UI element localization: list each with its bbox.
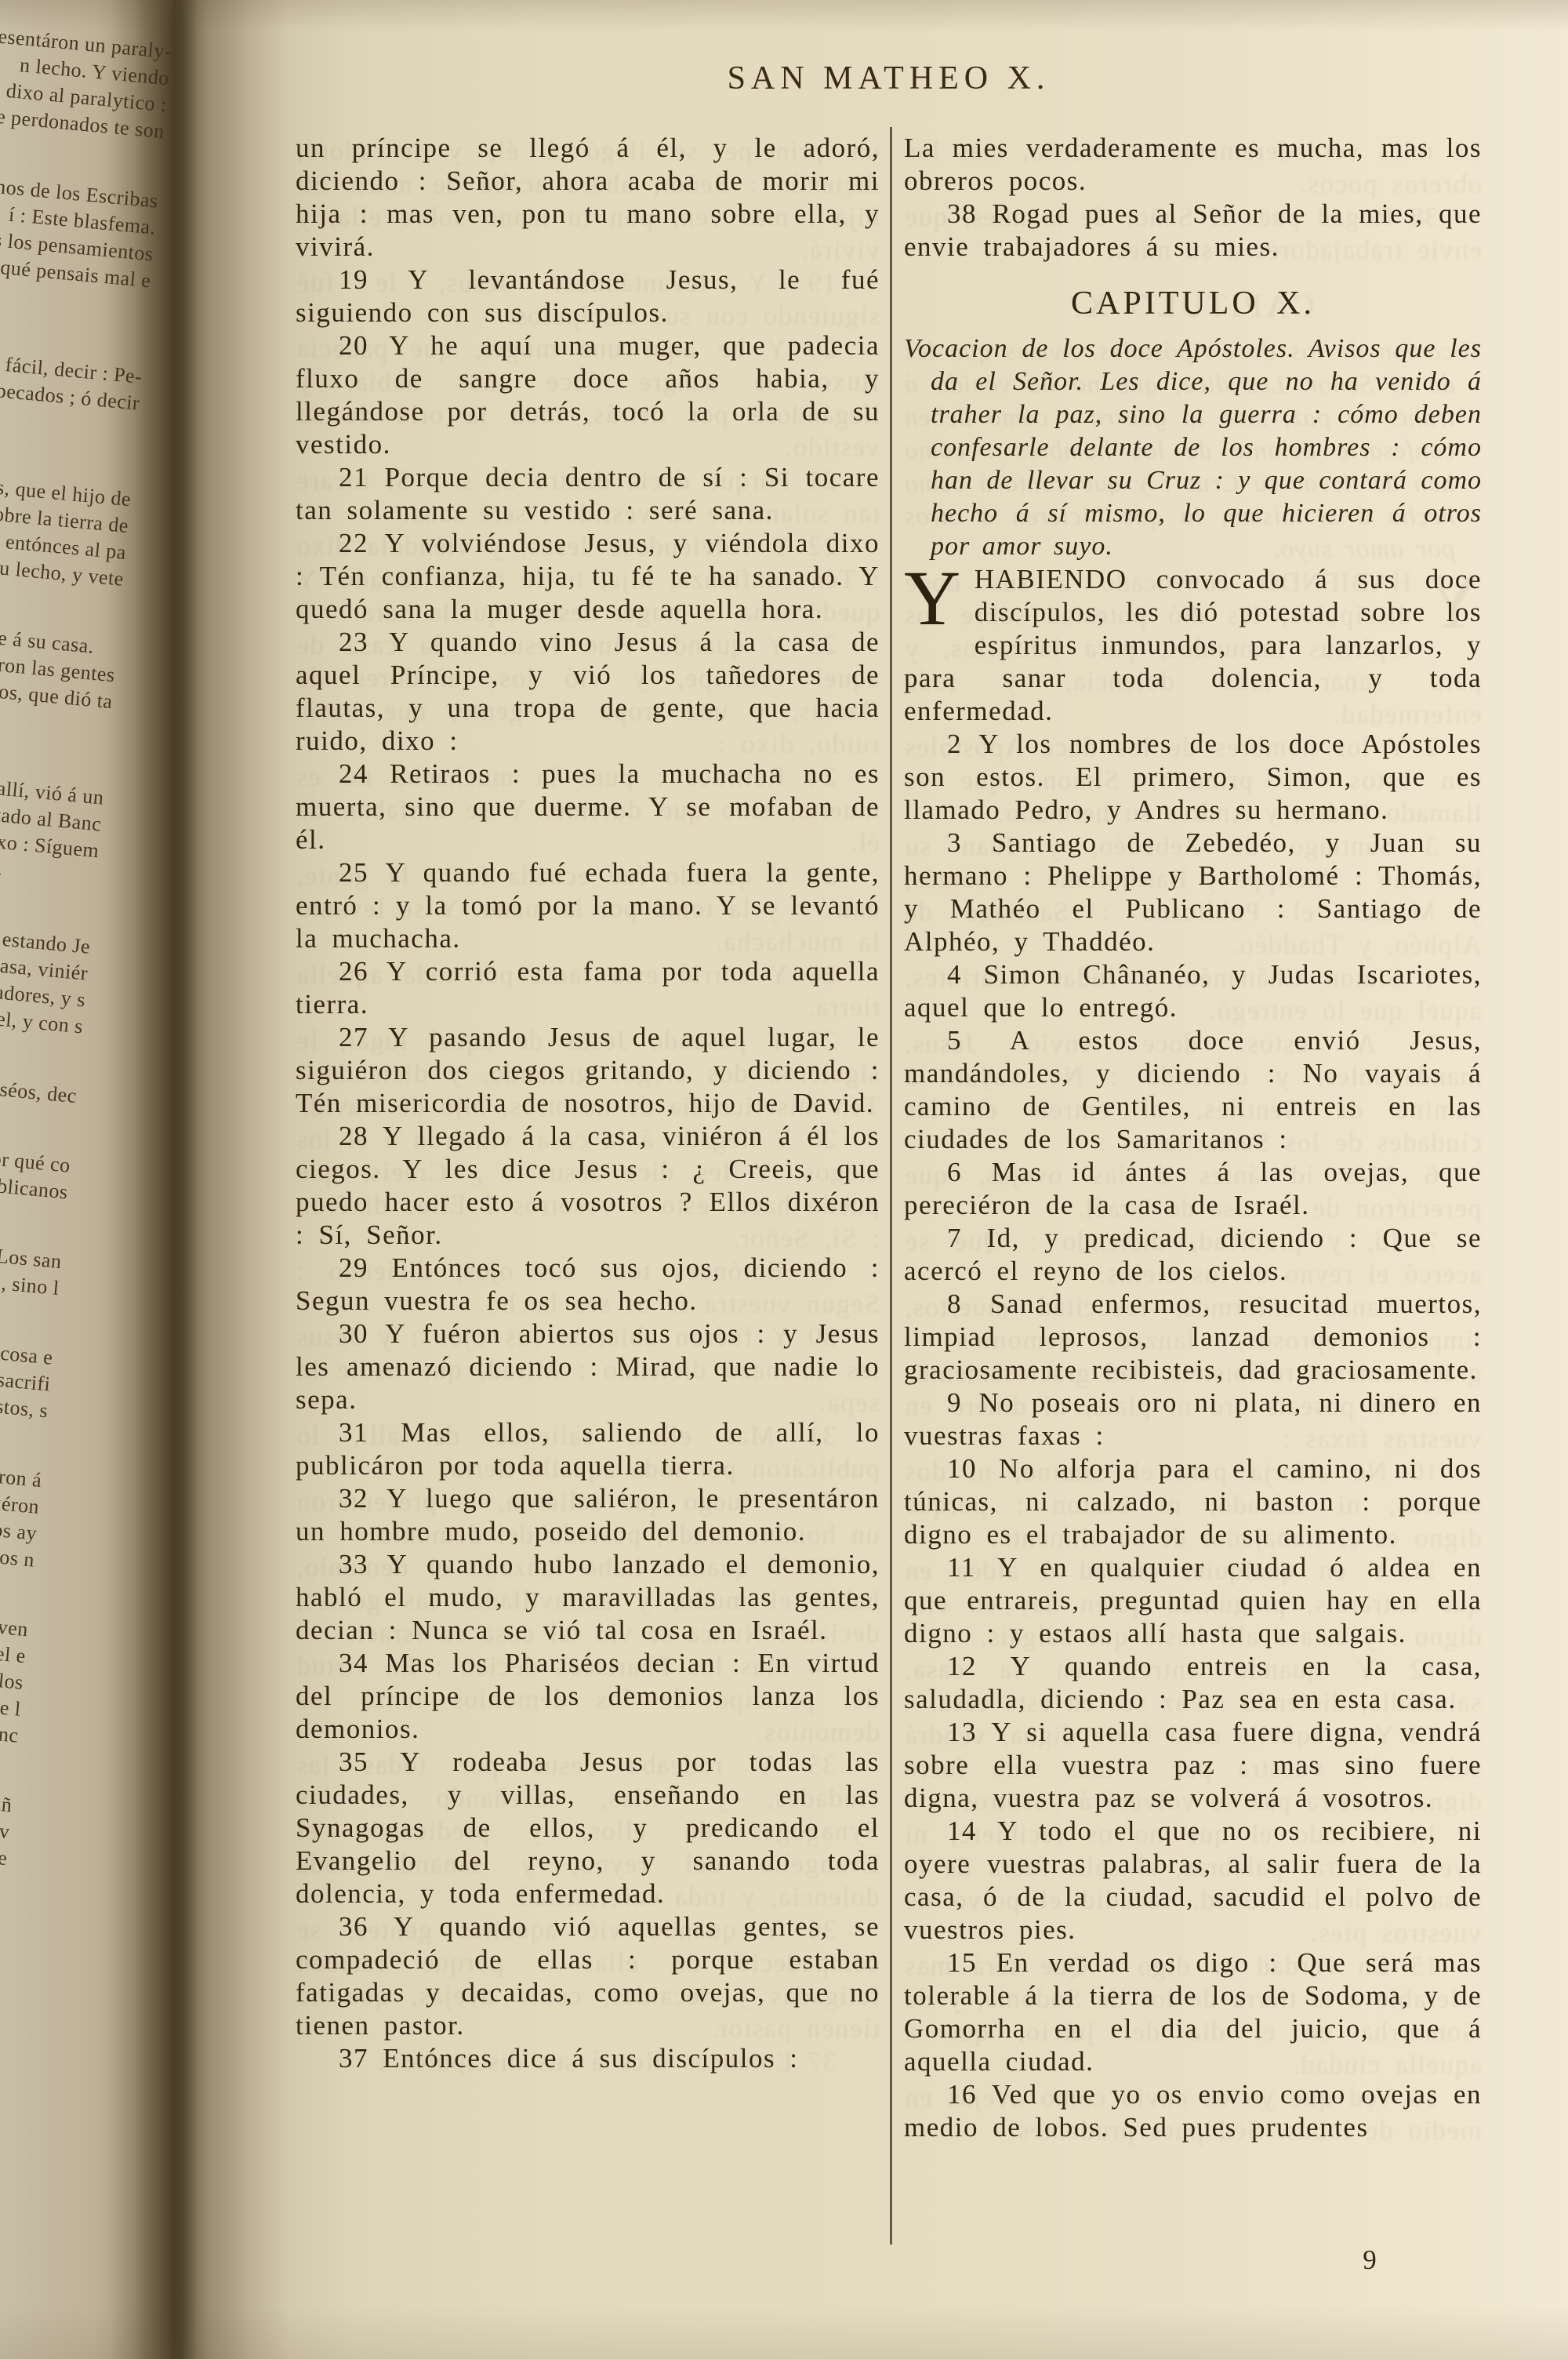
fragment-line: azon se llegáron á (0, 1441, 43, 1494)
verse-paragraph: 4 Simon Chânanéo, y Judas Iscariotes, aq… (904, 958, 1482, 1024)
verse-paragraph: 21 Porque decia dentro de sí : Si tocare… (296, 461, 880, 527)
verse-paragraph: 26 Y corrió esta fama por toda aquella t… (296, 955, 880, 1021)
verse-paragraph: 14 Y todo el que no os recibiere, ni oye… (904, 1815, 1482, 1946)
verse-paragraph: 16 Ved que yo os envio como ovejas en me… (904, 2078, 1482, 2144)
fragment-line: s : ¿ Por qué co (0, 1126, 71, 1179)
verse-paragraph: 36 Y quando vió aquellas gentes, se comp… (296, 1910, 880, 2042)
fragment-line: les dixo : ¿ Por ven (0, 1590, 29, 1644)
facing-page: esentáron un paraly-n lecho. Y viendos, … (0, 0, 190, 2359)
verse-paragraph: 15 En verdad os digo : Que será mas tole… (904, 1946, 1482, 2078)
facing-page-text-fragments: esentáron un paraly-n lecho. Y viendos, … (0, 13, 172, 2117)
verse-paragraph: 25 Y quando fué echada fuera la gente, e… (296, 856, 880, 955)
chapter-summary: Vocacion de los doce Apóstoles. Avisos q… (904, 333, 1482, 563)
verse-paragraph: YHABIENDO convocado á sus doce discípulo… (904, 563, 1482, 728)
verse-paragraph: 37 Entónces dice á sus discípulos : (296, 2042, 880, 2075)
verse-paragraph: 28 Y llegado á la casa, viniéron á él lo… (296, 1120, 880, 1252)
verse-paragraph: 34 Mas los Phariséos decian : En virtud … (296, 1647, 880, 1746)
page-number: 9 (1323, 2245, 1417, 2276)
verse-paragraph: 12 Y quando entreis en la casa, saludadl… (904, 1650, 1482, 1716)
verse-paragraph: 8 Sanad enfermos, resucitad muertos, lim… (904, 1288, 1482, 1387)
column-divider-rule (890, 127, 892, 2245)
verse-paragraph: 32 Y luego que saliéron, le presentáron … (296, 1482, 880, 1548)
running-title: SAN MATHEO X. (296, 60, 1482, 97)
verse-paragraph: 27 Y pasando Jesus de aquel lugar, le si… (296, 1021, 880, 1120)
verse-paragraph: 24 Retiraos : pues la muchacha no es mue… (296, 758, 880, 856)
fragment-line: ó que estando Je (0, 907, 92, 961)
text-column-right: La mies verdaderamente es mucha, mas los… (904, 132, 1482, 2144)
verse-paragraph: 38 Rogad pues al Señor de la mies, que e… (904, 198, 1482, 264)
verse-paragraph: 5 A estos doce envió Jesus, mandándoles,… (904, 1024, 1482, 1156)
verse-paragraph: 19 Y levantándose Jesus, le fué siguiend… (296, 264, 880, 329)
book-spread: { "header": { "title": "SAN MATHEO X." }… (0, 0, 1568, 2359)
verse-paragraph: 11 Y en qualquier ciudad ó aldea en que … (904, 1551, 1482, 1650)
fragment-line: Jesus : dixo : Los san (0, 1223, 63, 1276)
verse-paragraph: 31 Mas ellos, saliendo de allí, lo publi… (296, 1416, 880, 1482)
verse-paragraph: un príncipe se llegó á él, y le adoró, d… (296, 132, 880, 264)
book-page: SAN MATHEO X. un príncipe se llegó á él,… (182, 0, 1568, 2359)
chapter-heading: CAPITULO X. (904, 287, 1482, 320)
verse-text: HABIENDO convocado á sus doce discípulos… (904, 564, 1482, 726)
verse-paragraph: 35 Y rodeaba Jesus por todas las ciudade… (296, 1746, 880, 1910)
drop-cap: Y (904, 566, 962, 632)
verse-paragraph: 10 No alforja para el camino, ni dos tún… (904, 1452, 1482, 1551)
verse-paragraph: 29 Entónces tocó sus ojos, diciendo : Se… (296, 1252, 880, 1318)
verse-paragraph: 30 Y fuéron abiertos sus ojos : y Jesus … (296, 1318, 880, 1416)
verse-paragraph: 23 Y quando vino Jesus á la casa de aque… (296, 626, 880, 758)
verse-paragraph: La mies verdaderamente es mucha, mas los… (904, 132, 1482, 198)
fragment-line: o echa remiendo de pañ (0, 1766, 13, 1819)
text-column-left: un príncipe se llegó á él, y le adoró, d… (296, 132, 880, 2075)
verse-paragraph: 33 Y quando hubo lanzado el demonio, hab… (296, 1548, 880, 1647)
verse-paragraph: 3 Santiago de Zebedéo, y Juan su hermano… (904, 827, 1482, 958)
verse-paragraph: 2 Y los nombres de los doce Apóstoles so… (904, 728, 1482, 827)
verse-paragraph: 22 Y volviéndose Jesus, y viéndola dixo … (296, 527, 880, 626)
verse-paragraph: 7 Id, y predicad, diciendo : Que se acer… (904, 1222, 1482, 1288)
verse-paragraph: 6 Mas id ántes á las ovejas, que perecié… (904, 1156, 1482, 1222)
verse-paragraph: 20 Y he aquí una muger, que padecia flux… (296, 329, 880, 461)
verse-paragraph: 9 No poseais oro ni plata, ni dinero en … (904, 1387, 1482, 1452)
fragment-line: sto los Phariséos, dec (0, 1056, 78, 1110)
fragment-line: aprended qué cosa e (0, 1318, 54, 1372)
verse-paragraph: 13 Y si aquella casa fuere digna, vendrá… (904, 1716, 1482, 1815)
